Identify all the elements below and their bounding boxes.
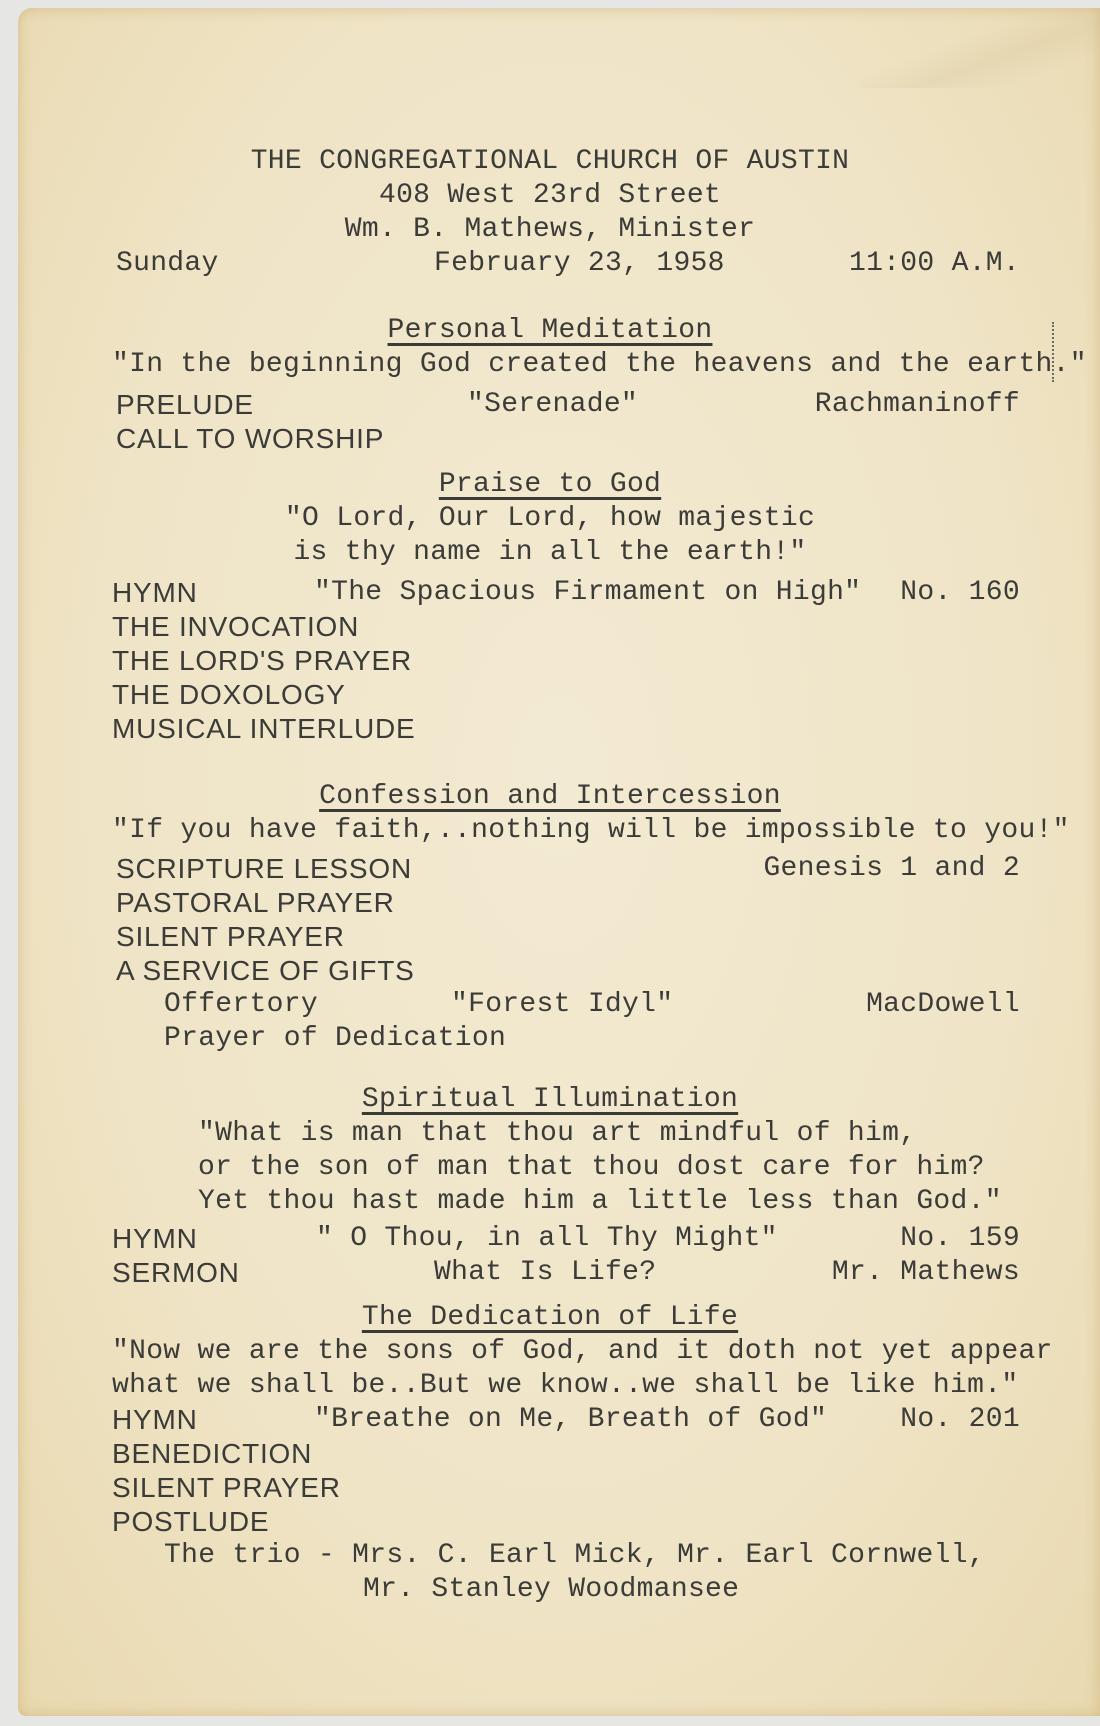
illumination-quote-line: or the son of man that thou dost care fo…: [198, 1151, 985, 1185]
order-item-label: SILENT PRAYER: [112, 1471, 341, 1505]
minister-name: Wm. B. Mathews, Minister: [0, 213, 1100, 247]
church-name: THE CONGREGATIONAL CHURCH OF AUSTIN: [0, 145, 1100, 179]
order-item-title: "Forest Idyl": [451, 988, 673, 1022]
order-item-label: THE LORD'S PRAYER: [112, 644, 412, 678]
hymn-number: No. 159: [900, 1222, 1020, 1256]
service-date: February 23, 1958: [434, 247, 725, 281]
trio-credit-line: Mr. Stanley Woodmansee: [363, 1573, 739, 1607]
trio-credit-line: The trio - Mrs. C. Earl Mick, Mr. Earl C…: [164, 1539, 985, 1573]
section-heading-praise: Praise to God: [0, 468, 1100, 502]
illumination-quote-line: Yet thou hast made him a little less tha…: [198, 1185, 1002, 1219]
order-item-title: " O Thou, in all Thy Might": [316, 1222, 778, 1256]
order-item-label: SILENT PRAYER: [116, 920, 345, 954]
illumination-quote-line: "What is man that thou art mindful of hi…: [198, 1117, 916, 1151]
order-item-label: POSTLUDE: [112, 1505, 269, 1539]
order-item-label: MUSICAL INTERLUDE: [112, 712, 416, 746]
order-item-composer: MacDowell: [866, 988, 1020, 1022]
scripture-reference: Genesis 1 and 2: [763, 852, 1020, 886]
order-item-label: SERMON: [112, 1256, 240, 1290]
order-item-title: "The Spacious Firmament on High": [314, 576, 861, 610]
service-day: Sunday: [116, 247, 219, 281]
order-item-label: SCRIPTURE LESSON: [116, 852, 412, 886]
service-time: 11:00 A.M.: [849, 247, 1020, 281]
dedication-quote-line: what we shall be..But we know..we shall …: [112, 1369, 1018, 1403]
order-item-title: "Breathe on Me, Breath of God": [314, 1403, 827, 1437]
sermon-preacher: Mr. Mathews: [832, 1256, 1020, 1290]
order-item-composer: Rachmaninoff: [815, 388, 1020, 422]
order-item-label: HYMN: [112, 576, 198, 610]
order-item-title: "Serenade": [467, 388, 638, 422]
order-item-label: PASTORAL PRAYER: [116, 886, 395, 920]
confession-quote: "If you have faith,..nothing will be imp…: [112, 814, 1070, 848]
hymn-number: No. 201: [900, 1403, 1020, 1437]
meditation-quote: "In the beginning God created the heaven…: [112, 348, 1087, 382]
section-heading-dedication: The Dedication of Life: [0, 1301, 1100, 1335]
section-heading-confession: Confession and Intercession: [0, 780, 1100, 814]
order-subitem-label: Prayer of Dedication: [164, 1022, 506, 1056]
dedication-quote-line: "Now we are the sons of God, and it doth…: [112, 1335, 1053, 1369]
order-subitem-label: Offertory: [164, 988, 318, 1022]
hymn-number: No. 160: [900, 576, 1020, 610]
order-item-label: CALL TO WORSHIP: [116, 422, 384, 456]
order-item-label: THE INVOCATION: [112, 610, 359, 644]
section-heading-personal-meditation: Personal Meditation: [0, 314, 1100, 348]
order-item-label: HYMN: [112, 1222, 198, 1256]
order-item-label: HYMN: [112, 1403, 198, 1437]
order-item-label: THE DOXOLOGY: [112, 678, 346, 712]
order-item-label: BENEDICTION: [112, 1437, 312, 1471]
church-address: 408 West 23rd Street: [0, 179, 1100, 213]
section-heading-illumination: Spiritual Illumination: [0, 1083, 1100, 1117]
order-item-label: PRELUDE: [116, 388, 254, 422]
praise-quote-line: "O Lord, Our Lord, how majestic: [0, 502, 1100, 536]
sermon-title: What Is Life?: [434, 1256, 656, 1290]
order-item-label: A SERVICE OF GIFTS: [116, 954, 415, 988]
praise-quote-line: is thy name in all the earth!": [0, 536, 1100, 570]
